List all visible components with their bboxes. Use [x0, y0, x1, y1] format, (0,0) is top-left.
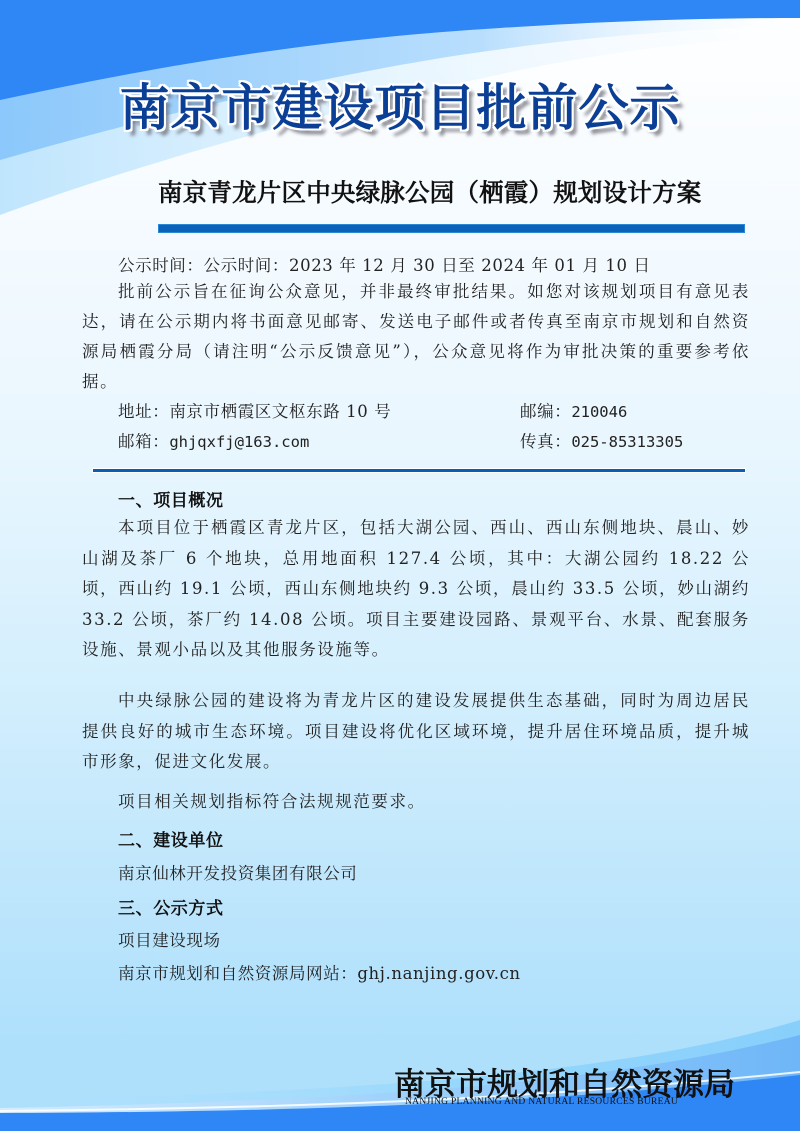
section-heading-builder: 二、建设单位 [118, 826, 224, 851]
address-value: 南京市栖霞区文枢东路 10 号 [169, 402, 391, 421]
fax-label: 传真： [520, 432, 571, 451]
website-text[interactable]: 南京市规划和自然资源局网站：ghj.nanjing.gov.cn [118, 964, 521, 983]
notice-period: 公示时间：公示时间：2023 年 12 月 30 日至 2024 年 01 月 … [118, 252, 651, 276]
postcode-label: 邮编： [520, 402, 571, 421]
builder-name: 南京仙林开发投资集团有限公司 [118, 860, 357, 884]
overview-paragraph-3: 项目相关规划指标符合法规规范要求。 [82, 787, 750, 818]
method-site: 项目建设现场 [118, 927, 221, 951]
fax-row: 传真：025-85313305 [520, 428, 683, 452]
section-heading-overview: 一、项目概况 [118, 486, 224, 511]
page-title: 南京市建设项目批前公示 [0, 68, 800, 140]
email-value[interactable]: ghjqxfj@163.com [169, 433, 309, 451]
email-row: 邮箱：ghjqxfj@163.com [118, 428, 309, 452]
header-divider [158, 224, 745, 233]
section-heading-method: 三、公示方式 [118, 894, 224, 919]
contact-divider [93, 469, 745, 472]
period-label: 公示时间： [118, 256, 204, 275]
project-subtitle: 南京青龙片区中央绿脉公园（栖霞）规划设计方案 [158, 174, 701, 209]
intro-paragraph: 批前公示旨在征询公众意见，并非最终审批结果。如您对该规划项目有意见表达，请在公示… [82, 277, 750, 397]
address-row: 地址：南京市栖霞区文枢东路 10 号 [118, 398, 391, 422]
overview-paragraph-1: 本项目位于栖霞区青龙片区，包括大湖公园、西山、西山东侧地块、晨山、妙山湖及茶厂 … [82, 513, 750, 666]
fax-value: 025-85313305 [571, 433, 683, 451]
period-text: 公示时间：2023 年 12 月 30 日至 2024 年 01 月 10 日 [204, 256, 651, 275]
email-label: 邮箱： [118, 432, 169, 451]
postcode-row: 邮编：210046 [520, 398, 627, 422]
address-label: 地址： [118, 402, 169, 421]
overview-paragraph-2: 中央绿脉公园的建设将为青龙片区的建设发展提供生态基础，同时为周边居民提供良好的城… [82, 686, 750, 778]
method-website: 南京市规划和自然资源局网站：ghj.nanjing.gov.cn [118, 960, 521, 984]
footer-org-name-en: NANJING PLANNING AND NATURAL RESOURCES B… [405, 1097, 678, 1107]
postcode-value: 210046 [571, 403, 627, 421]
